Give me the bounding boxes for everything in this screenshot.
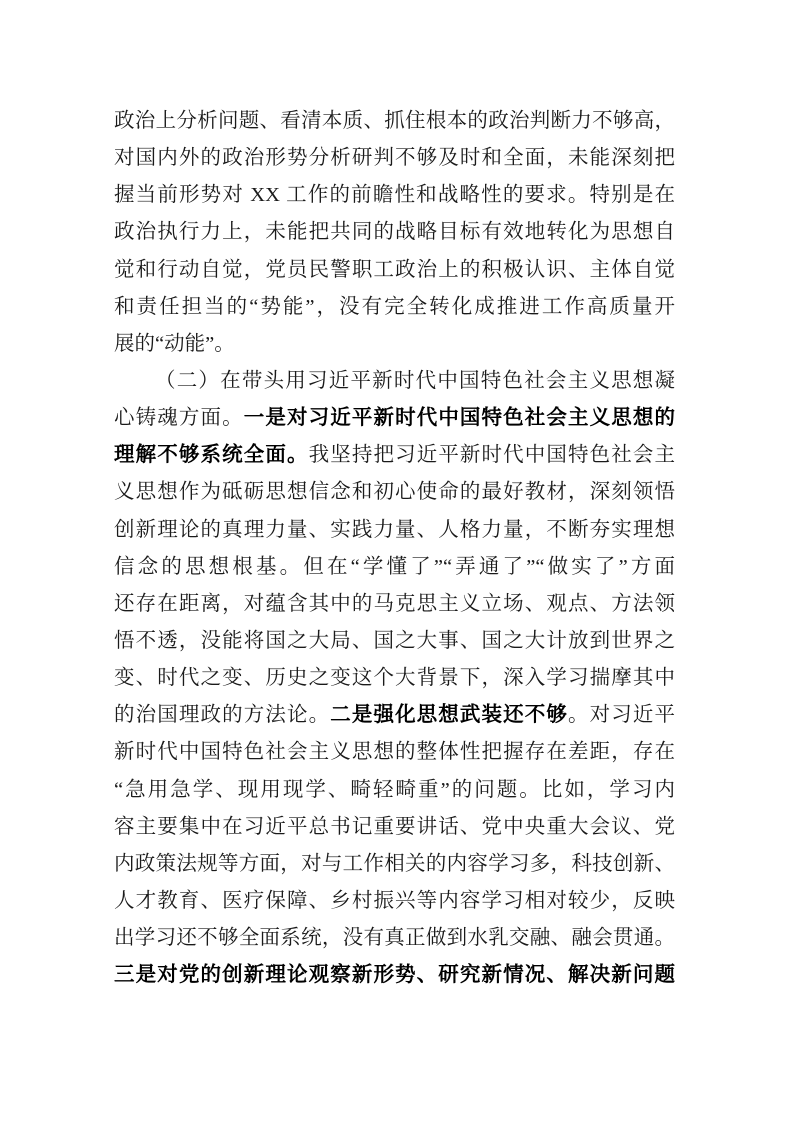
text-line-16: 变、时代之变、历史之变这个大背景下，深入学习揣摩其中 bbox=[114, 660, 675, 697]
text-line-8: （二）在带头用习近平新时代中国特色社会主义思想凝 bbox=[114, 363, 675, 400]
text-run: 创新理论的真理力量、实践力量、人格力量，不断夯实理想 bbox=[114, 519, 675, 541]
bold-text-run: 二是强化思想武装还不够 bbox=[330, 704, 568, 726]
text-run: 内政策法规等方面，对与工作相关的内容学习多，科技创新、 bbox=[114, 853, 675, 875]
text-run: 的治国理政的方法论。 bbox=[114, 704, 330, 726]
text-line-17: 的治国理政的方法论。二是强化思想武装还不够。对习近平 bbox=[114, 697, 675, 734]
text-line-12: 创新理论的真理力量、实践力量、人格力量，不断夯实理想 bbox=[114, 512, 675, 549]
text-line-22: 人才教育、医疗保障、乡村振兴等内容学习相对较少，反映 bbox=[114, 883, 675, 920]
text-line-24: 三是对党的创新理论观察新形势、研究新情况、解决新问题 bbox=[114, 957, 675, 994]
text-block: 政治上分析问题、看清本质、抓住根本的政治判断力不够高，对国内外的政治形势分析研判… bbox=[114, 103, 675, 994]
text-line-14: 还存在距离，对蕴含其中的马克思主义立场、观点、方法领 bbox=[114, 586, 675, 623]
text-run: 信念的思想根基。但在“学懂了”“弄通了”“做实了”方面 bbox=[114, 556, 675, 578]
text-run: 变、时代之变、历史之变这个大背景下，深入学习揣摩其中 bbox=[114, 667, 675, 689]
text-run: 觉和行动自觉，党员民警职工政治上的积极认识、主体自觉 bbox=[114, 259, 675, 281]
text-line-9: 心铸魂方面。一是对习近平新时代中国特色社会主义思想的 bbox=[114, 400, 675, 437]
text-line-19: “急用急学、现用现学、畸轻畸重”的问题。比如，学习内 bbox=[114, 772, 675, 809]
text-run: 。对习近平 bbox=[568, 704, 675, 726]
text-run: 新时代中国特色社会主义思想的整体性把握存在差距，存在 bbox=[114, 741, 675, 763]
text-run: 悟不透，没能将国之大局、国之大事、国之大计放到世界之 bbox=[114, 630, 675, 652]
text-run: 对国内外的政治形势分析研判不够及时和全面，未能深刻把 bbox=[114, 147, 675, 169]
bold-text-run: 理解不够系统全面。 bbox=[114, 444, 309, 466]
text-run: 政治执行力上，未能把共同的战略目标有效地转化为思想自 bbox=[114, 221, 675, 243]
text-run: 义思想作为砥砺思想信念和初心使命的最好教材，深刻领悟 bbox=[114, 481, 675, 503]
text-run: 容主要集中在习近平总书记重要讲话、党中央重大会议、党 bbox=[114, 816, 675, 838]
text-run: 和责任担当的“势能”，没有完全转化成推进工作高质量开 bbox=[114, 296, 675, 318]
text-run: 出学习还不够全面系统，没有真正做到水乳交融、融会贯通。 bbox=[114, 927, 675, 949]
text-run: “急用急学、现用现学、畸轻畸重”的问题。比如，学习内 bbox=[114, 779, 675, 801]
text-line-6: 和责任担当的“势能”，没有完全转化成推进工作高质量开 bbox=[114, 289, 675, 326]
text-line-15: 悟不透，没能将国之大局、国之大事、国之大计放到世界之 bbox=[114, 623, 675, 660]
text-line-10: 理解不够系统全面。我坚持把习近平新时代中国特色社会主 bbox=[114, 437, 675, 474]
text-line-3: 握当前形势对 XX 工作的前瞻性和战略性的要求。特别是在 bbox=[114, 177, 675, 214]
bold-text-run: 一是对习近平新时代中国特色社会主义思想的 bbox=[244, 407, 675, 429]
document-page: 政治上分析问题、看清本质、抓住根本的政治判断力不够高，对国内外的政治形势分析研判… bbox=[0, 0, 793, 1122]
text-line-4: 政治执行力上，未能把共同的战略目标有效地转化为思想自 bbox=[114, 214, 675, 251]
text-run: 我坚持把习近平新时代中国特色社会主 bbox=[309, 444, 675, 466]
bold-text-run: 三是对党的创新理论观察新形势、研究新情况、解决新问题 bbox=[114, 964, 675, 986]
text-line-18: 新时代中国特色社会主义思想的整体性把握存在差距，存在 bbox=[114, 734, 675, 771]
text-run: 政治上分析问题、看清本质、抓住根本的政治判断力不够高， bbox=[114, 110, 675, 132]
text-line-23: 出学习还不够全面系统，没有真正做到水乳交融、融会贯通。 bbox=[114, 920, 675, 957]
text-line-13: 信念的思想根基。但在“学懂了”“弄通了”“做实了”方面 bbox=[114, 549, 675, 586]
text-line-11: 义思想作为砥砺思想信念和初心使命的最好教材，深刻领悟 bbox=[114, 474, 675, 511]
text-run: 还存在距离，对蕴含其中的马克思主义立场、观点、方法领 bbox=[114, 593, 675, 615]
text-line-20: 容主要集中在习近平总书记重要讲话、党中央重大会议、党 bbox=[114, 809, 675, 846]
text-line-21: 内政策法规等方面，对与工作相关的内容学习多，科技创新、 bbox=[114, 846, 675, 883]
text-run: 展的“动能”。 bbox=[114, 333, 235, 355]
text-line-2: 对国内外的政治形势分析研判不够及时和全面，未能深刻把 bbox=[114, 140, 675, 177]
text-run: （二）在带头用习近平新时代中国特色社会主义思想凝 bbox=[155, 370, 675, 392]
text-line-5: 觉和行动自觉，党员民警职工政治上的积极认识、主体自觉 bbox=[114, 252, 675, 289]
text-line-7: 展的“动能”。 bbox=[114, 326, 675, 363]
text-line-1: 政治上分析问题、看清本质、抓住根本的政治判断力不够高， bbox=[114, 103, 675, 140]
text-run: 握当前形势对 XX 工作的前瞻性和战略性的要求。特别是在 bbox=[114, 184, 675, 206]
text-run: 心铸魂方面。 bbox=[114, 407, 244, 429]
text-run: 人才教育、医疗保障、乡村振兴等内容学习相对较少，反映 bbox=[114, 890, 675, 912]
